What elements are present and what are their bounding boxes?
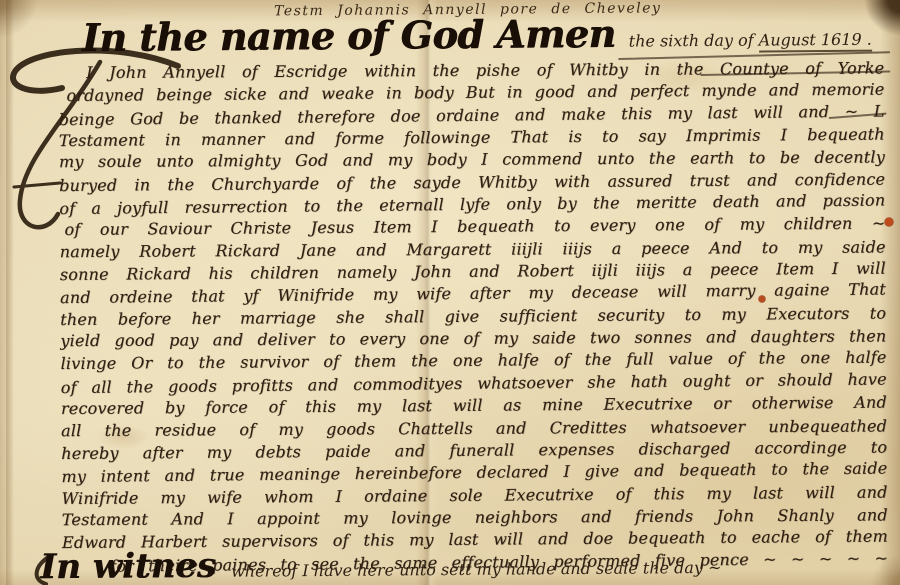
date-underlined: August 1619 . [759,30,872,53]
main-heading: In the name of God Amen [82,11,616,60]
date-prefix: the sixth day of [629,31,754,51]
manuscript-line: Testament And I appoint my lovinge neigh… [62,504,888,531]
witness-continuation: whereof I have here unto sett my hande a… [231,558,721,581]
manuscript-body: I John Annyell of Escridge within the pi… [58,57,888,577]
manuscript-line: I John Annyell of Escridge within the pi… [58,57,884,84]
witness-heading: In witnes [40,546,216,585]
manuscript-photo: Testm Johannis Annyell pore de Cheveley … [0,0,900,585]
witness-line: In witnes whereof I have here unto sett … [40,541,892,585]
opening-line: In the name of God Amen the sixth day of… [82,9,892,60]
manuscript-text: Testm Johannis Annyell pore de Cheveley … [0,0,900,585]
manuscript-line: namely Robert Rickard Jane and Margarett… [60,236,886,263]
date-phrase: the sixth day of August 1619 . [629,30,872,51]
manuscript-line: all the residue of my goods Chattells an… [61,415,887,442]
